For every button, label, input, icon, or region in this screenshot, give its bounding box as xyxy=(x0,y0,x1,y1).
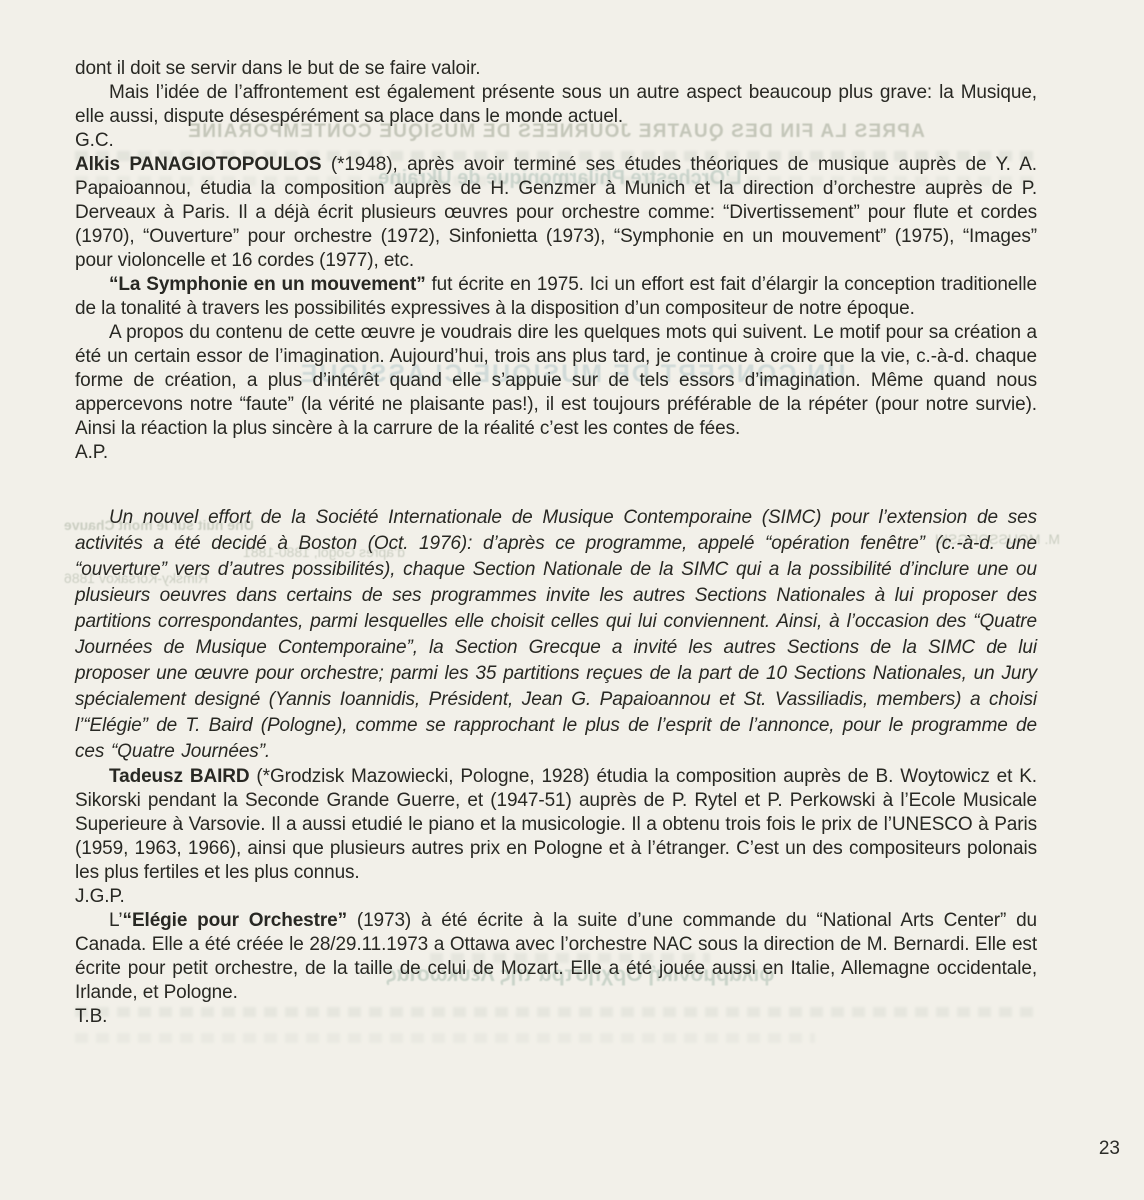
elegie-article: L’ xyxy=(109,910,123,931)
elegie-paragraph: L’“Elégie pour Orchestre” (1973) à été é… xyxy=(75,909,1037,1005)
signature-tb: T.B. xyxy=(75,1005,1037,1029)
simc-note-paragraph: Un nouvel effort de la Société Internati… xyxy=(75,505,1037,765)
page-number: 23 xyxy=(1099,1138,1120,1160)
baird-name: Tadeusz BAIRD xyxy=(109,766,250,787)
symphonie-title: “La Symphonie en un mouvement” xyxy=(109,274,426,295)
apropos-paragraph: A propos du contenu de cette œuvre je vo… xyxy=(75,321,1037,441)
baird-paragraph: Tadeusz BAIRD (*Grodzisk Mazowiecki, Pol… xyxy=(75,765,1037,885)
signature-gc: G.C. xyxy=(75,129,1037,153)
intro-paragraph: Mais l’idée de l’affrontement est égalem… xyxy=(75,81,1037,129)
panagiotopoulos-paragraph: Alkis PANAGIOTOPOULOS (*1948), après avo… xyxy=(75,153,1037,273)
symphonie-paragraph: “La Symphonie en un mouvement” fut écrit… xyxy=(75,273,1037,321)
scanned-program-page: APRES LA FIN DES QUATRE JOURNEES DE MUSI… xyxy=(0,0,1144,1200)
signature-ap: A.P. xyxy=(75,441,1037,465)
signature-jgp: J.G.P. xyxy=(75,885,1037,909)
elegie-title: “Elégie pour Orchestre” xyxy=(123,910,347,931)
text-column: dont il doit se servir dans le but de se… xyxy=(75,57,1037,1029)
panagiotopoulos-name: Alkis PANAGIOTOPOULOS xyxy=(75,154,321,175)
ghost-smudge xyxy=(75,1033,815,1043)
intro-continuation-line: dont il doit se servir dans le but de se… xyxy=(75,57,1037,81)
